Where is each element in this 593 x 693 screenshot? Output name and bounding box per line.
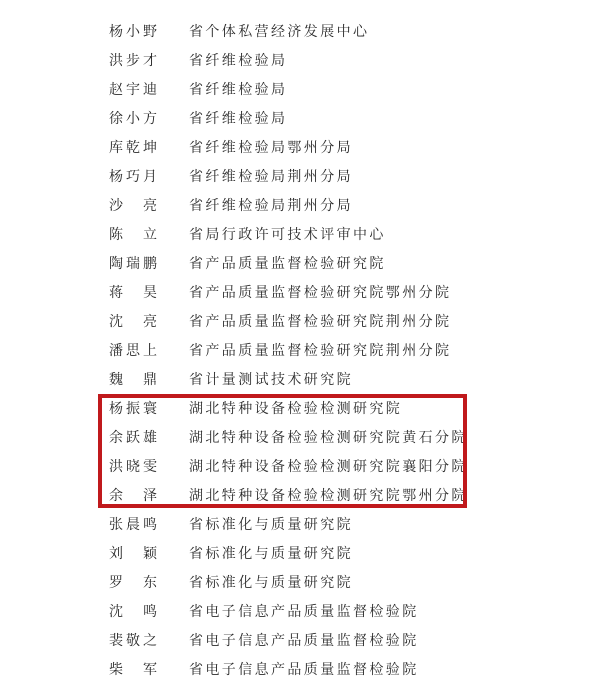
organization: 省电子信息产品质量监督检验院 — [189, 656, 419, 685]
list-item: 罗 东省标准化与质量研究院 — [0, 569, 593, 598]
person-name: 杨巧月 — [109, 163, 171, 192]
organization: 省纤维检验局 — [189, 105, 287, 134]
list-item: 裴敬之省电子信息产品质量监督检验院 — [0, 627, 593, 656]
person-name: 沈 亮 — [109, 308, 171, 337]
list-item: 杨小野省个体私营经济发展中心 — [0, 18, 593, 47]
person-name: 张晨鸣 — [109, 511, 171, 540]
organization: 省产品质量监督检验研究院鄂州分院 — [189, 279, 451, 308]
person-name: 陶瑞鹏 — [109, 250, 171, 279]
person-name: 柴 军 — [109, 656, 171, 685]
person-name: 裴敬之 — [109, 627, 171, 656]
person-name: 杨小野 — [109, 18, 171, 47]
person-name: 徐小方 — [109, 105, 171, 134]
organization: 省产品质量监督检验研究院 — [189, 250, 386, 279]
list-item: 刘 颖省标准化与质量研究院 — [0, 540, 593, 569]
list-item: 陈 立省局行政许可技术评审中心 — [0, 221, 593, 250]
organization: 省标准化与质量研究院 — [189, 511, 353, 540]
person-name: 赵宇迪 — [109, 76, 171, 105]
list-item: 陶瑞鹏省产品质量监督检验研究院 — [0, 250, 593, 279]
highlight-box — [98, 394, 467, 508]
person-name: 沙 亮 — [109, 192, 171, 221]
list-item: 魏 鼎省计量测试技术研究院 — [0, 366, 593, 395]
organization: 省纤维检验局 — [189, 76, 287, 105]
person-name: 沈 鸣 — [109, 598, 171, 627]
list-item: 徐小方省纤维检验局 — [0, 105, 593, 134]
person-name: 蒋 昊 — [109, 279, 171, 308]
list-item: 杨巧月省纤维检验局荆州分局 — [0, 163, 593, 192]
organization: 省纤维检验局荆州分局 — [189, 192, 353, 221]
person-name: 潘思上 — [109, 337, 171, 366]
person-name: 洪步才 — [109, 47, 171, 76]
organization: 省标准化与质量研究院 — [189, 569, 353, 598]
person-name: 罗 东 — [109, 569, 171, 598]
person-name: 刘 颖 — [109, 540, 171, 569]
person-name: 魏 鼎 — [109, 366, 171, 395]
organization: 省电子信息产品质量监督检验院 — [189, 598, 419, 627]
person-name: 陈 立 — [109, 221, 171, 250]
name-list: 杨小野省个体私营经济发展中心 洪步才省纤维检验局 赵宇迪省纤维检验局 徐小方省纤… — [0, 18, 593, 685]
organization: 省纤维检验局 — [189, 47, 287, 76]
list-item: 沈 亮省产品质量监督检验研究院荆州分院 — [0, 308, 593, 337]
list-item: 张晨鸣省标准化与质量研究院 — [0, 511, 593, 540]
organization: 省纤维检验局荆州分局 — [189, 163, 353, 192]
organization: 省产品质量监督检验研究院荆州分院 — [189, 308, 451, 337]
organization: 省局行政许可技术评审中心 — [189, 221, 386, 250]
organization: 省个体私营经济发展中心 — [189, 18, 369, 47]
list-item: 沈 鸣省电子信息产品质量监督检验院 — [0, 598, 593, 627]
list-item: 蒋 昊省产品质量监督检验研究院鄂州分院 — [0, 279, 593, 308]
list-item: 赵宇迪省纤维检验局 — [0, 76, 593, 105]
organization: 省纤维检验局鄂州分局 — [189, 134, 353, 163]
list-item: 柴 军省电子信息产品质量监督检验院 — [0, 656, 593, 685]
organization: 省计量测试技术研究院 — [189, 366, 353, 395]
organization: 省电子信息产品质量监督检验院 — [189, 627, 419, 656]
organization: 省标准化与质量研究院 — [189, 540, 353, 569]
list-item: 潘思上省产品质量监督检验研究院荆州分院 — [0, 337, 593, 366]
list-item: 沙 亮省纤维检验局荆州分局 — [0, 192, 593, 221]
list-item: 库乾坤省纤维检验局鄂州分局 — [0, 134, 593, 163]
organization: 省产品质量监督检验研究院荆州分院 — [189, 337, 451, 366]
list-item: 洪步才省纤维检验局 — [0, 47, 593, 76]
person-name: 库乾坤 — [109, 134, 171, 163]
